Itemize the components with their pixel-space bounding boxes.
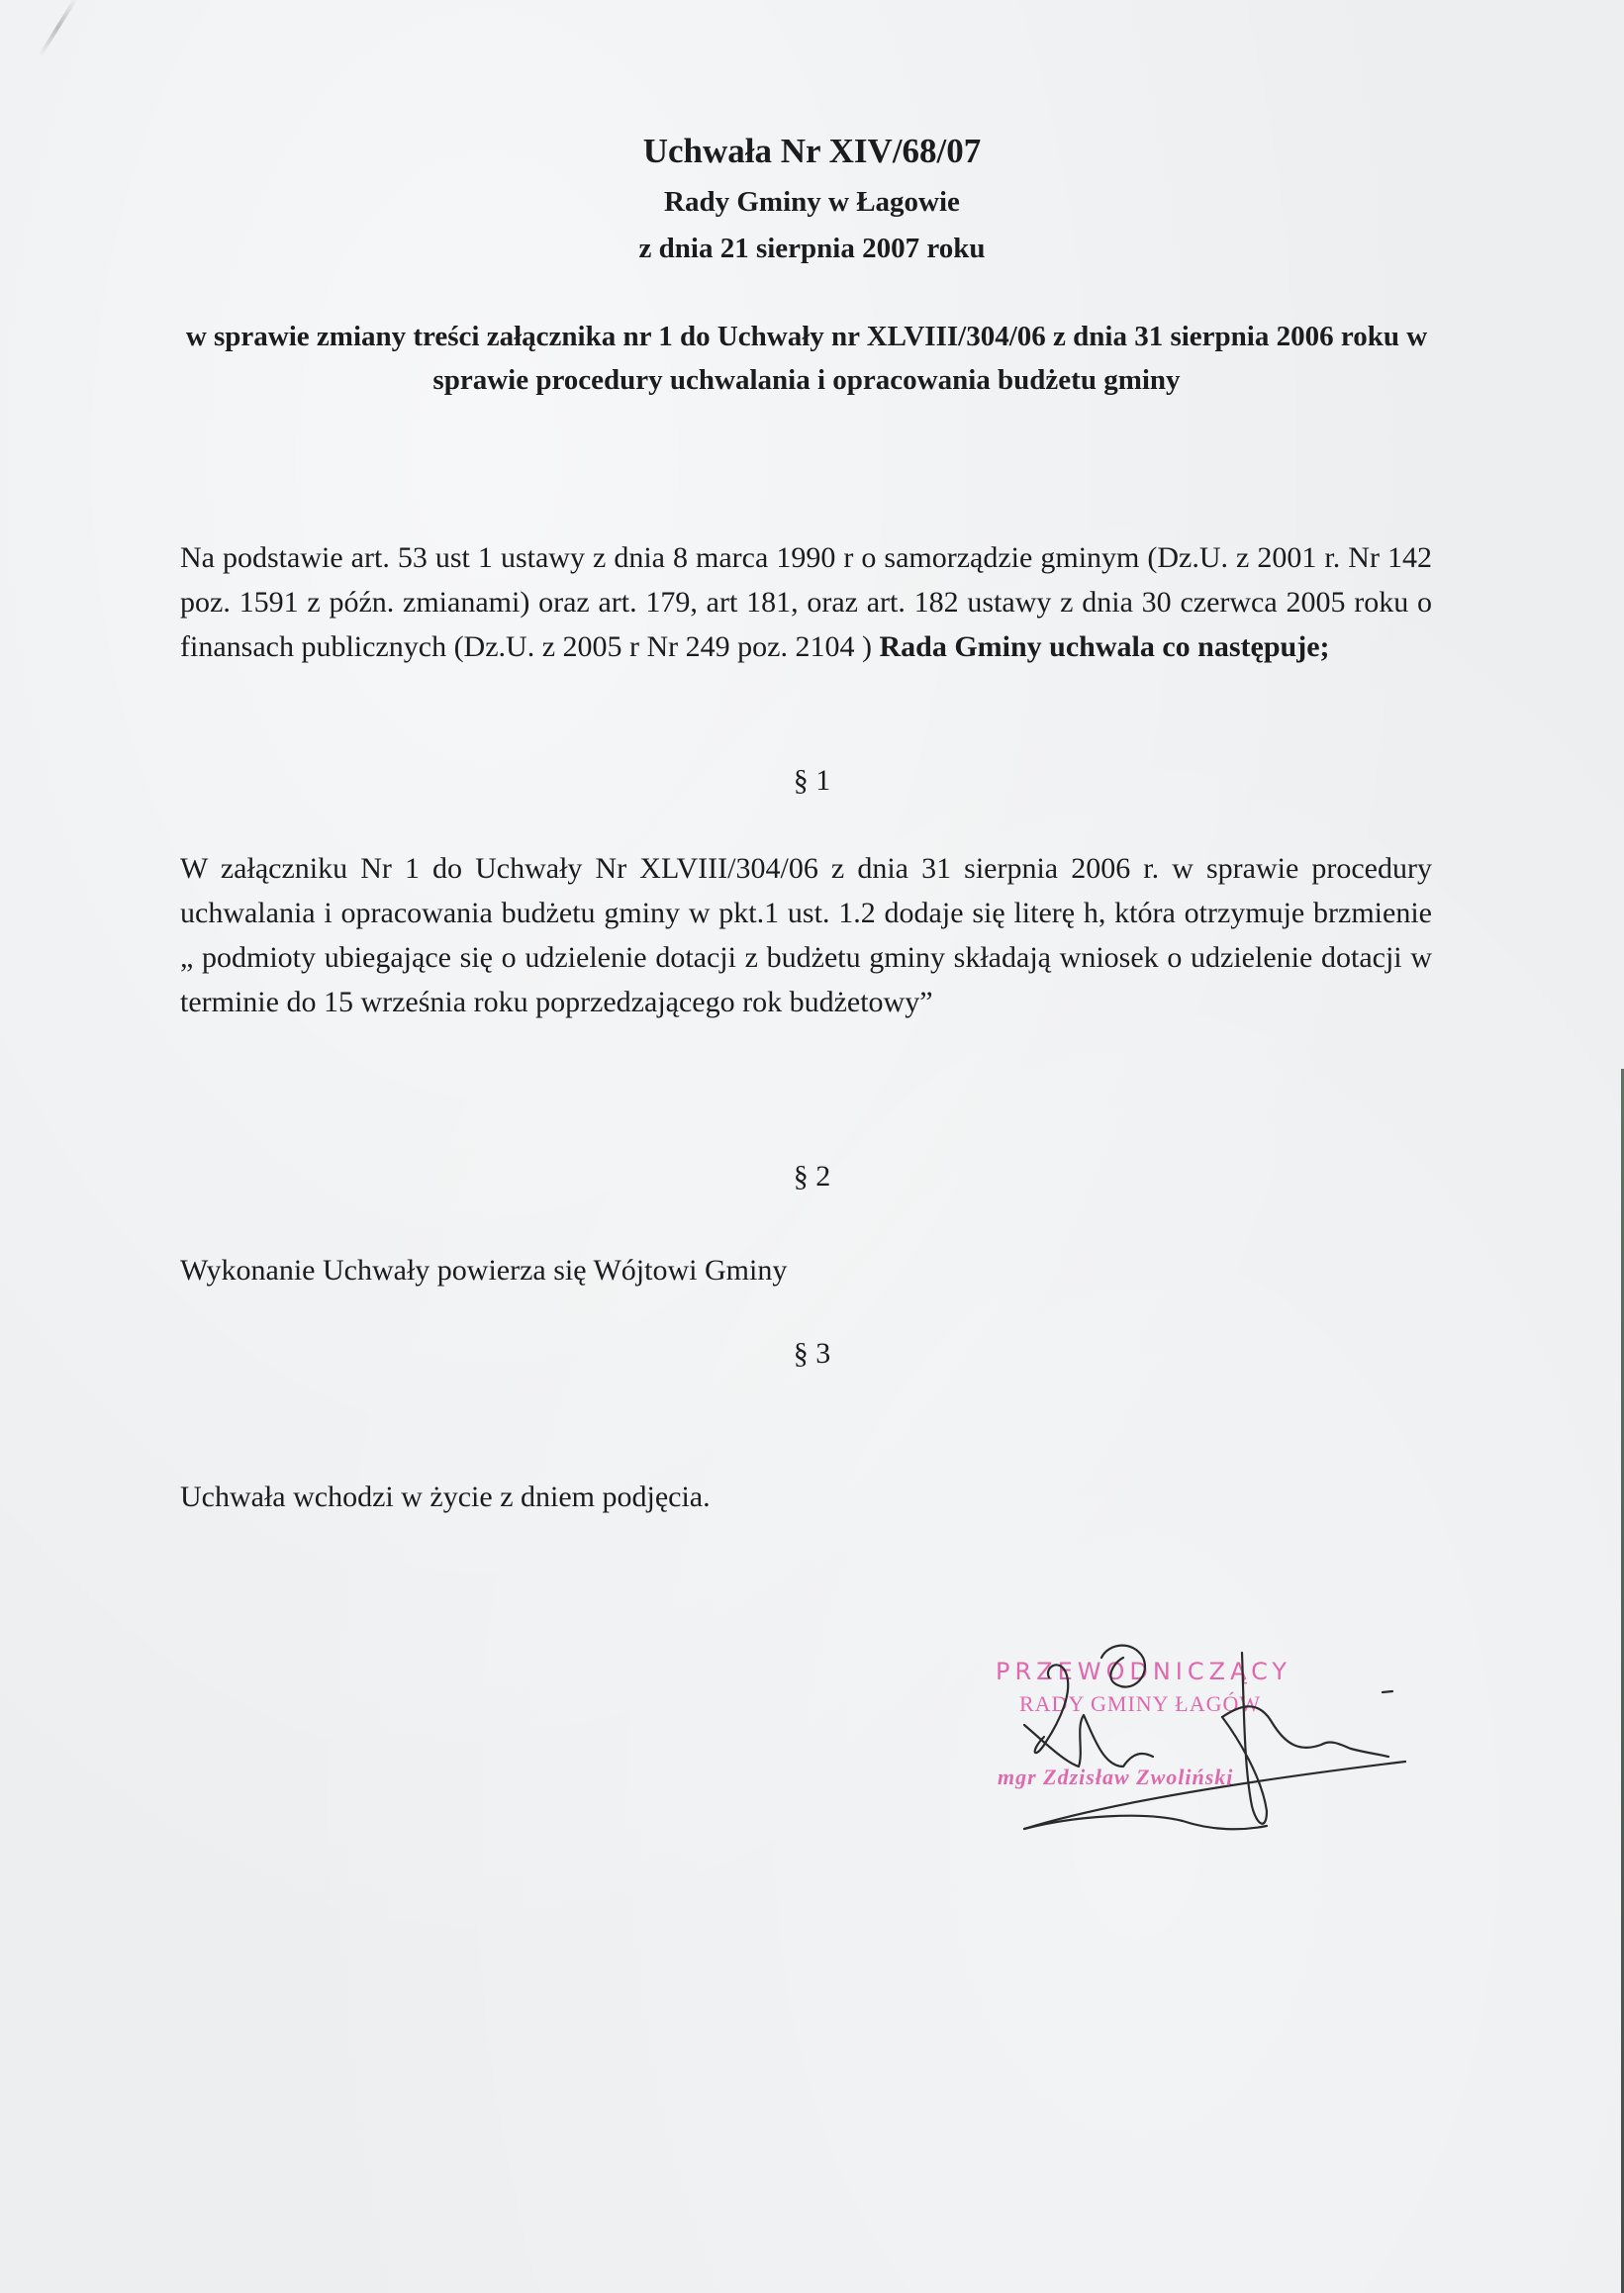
section-1-text: W załączniku Nr 1 do Uchwały Nr XLVIII/3…: [180, 846, 1432, 1024]
section-3-text: Uchwała wchodzi w życie z dniem podjęcia…: [180, 1475, 1432, 1519]
signature-icon: [985, 1628, 1420, 1846]
legal-basis: Na podstawie art. 53 ust 1 ustawy z dnia…: [180, 535, 1432, 669]
resolution-subject: w sprawie zmiany treści załącznika nr 1 …: [178, 315, 1435, 402]
resolution-clause: Rada Gminy uchwala co następuje;: [879, 630, 1329, 663]
resolution-issuer: Rady Gminy w Łagowie: [0, 186, 1624, 219]
paper-crease: [38, 0, 77, 57]
section-1-heading: § 1: [0, 764, 1624, 798]
scanned-page: Uchwała Nr XIV/68/07 Rady Gminy w Łagowi…: [0, 0, 1624, 2293]
resolution-title: Uchwała Nr XIV/68/07: [0, 132, 1624, 171]
resolution-date: z dnia 21 sierpnia 2007 roku: [0, 233, 1624, 265]
section-3-heading: § 3: [0, 1337, 1624, 1371]
section-2-text: Wykonanie Uchwały powierza się Wójtowi G…: [180, 1248, 1432, 1292]
section-2-heading: § 2: [0, 1160, 1624, 1194]
